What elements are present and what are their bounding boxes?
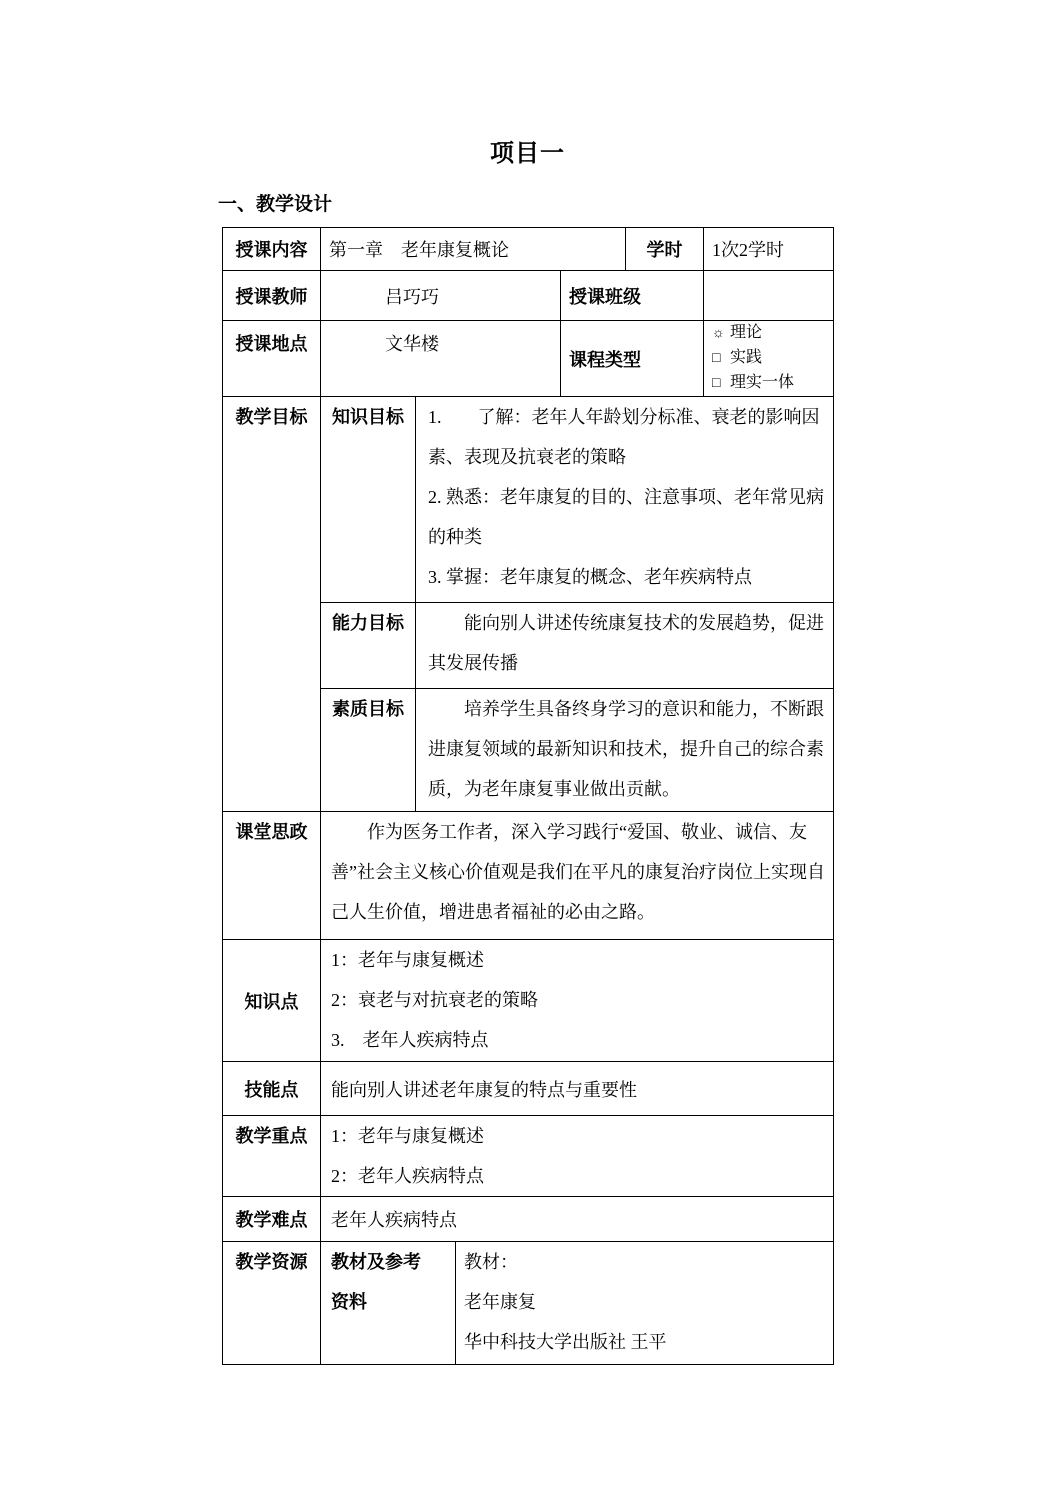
textbook-line: 老年康复	[464, 1282, 827, 1322]
option-label: 理论	[730, 324, 762, 341]
knowledge-objective-content: 1. 了解：老年人年龄划分标准、衰老的影响因素、表现及抗衰老的策略 2. 熟悉：…	[416, 397, 834, 603]
textbook-line: 教材：	[464, 1242, 827, 1282]
ideology-text: 作为医务工作者，深入学习践行“爱国、敬业、诚信、友善”社会主义核心价值观是我们在…	[331, 812, 827, 932]
quality-objective-text: 培养学生具备终身学习的意识和能力，不断跟进康复领域的最新知识和技术，提升自己的综…	[428, 689, 827, 809]
knowledge-objective-item: 3. 掌握：老年康复的概念、老年疾病特点	[428, 557, 827, 597]
label-teaching-resources: 教学资源	[223, 1242, 321, 1365]
row-teaching-focus: 教学重点 1：老年与康复概述 2：老年人疾病特点	[223, 1116, 834, 1197]
course-type-option-theory[interactable]: ☼理论	[712, 321, 833, 346]
label-quality-objective: 素质目标	[321, 689, 416, 812]
label-knowledge-objective: 知识目标	[321, 397, 416, 603]
document-page: 项目一 一、教学设计 授课内容 第一章 老年康复概论 学时 1次2学时 授课教师…	[0, 0, 1059, 1497]
label-hours: 学时	[626, 228, 704, 271]
location-value: 文华楼	[321, 321, 561, 397]
row-location: 授课地点 文华楼 课程类型 ☼理论 □实践 □理实一体	[223, 321, 834, 397]
label-teacher: 授课教师	[223, 271, 321, 321]
label-ability-objective: 能力目标	[321, 603, 416, 689]
course-type-options: ☼理论 □实践 □理实一体	[704, 321, 834, 397]
row-knowledge-objectives: 教学目标 知识目标 1. 了解：老年人年龄划分标准、衰老的影响因素、表现及抗衰老…	[223, 397, 834, 603]
label-course-type: 课程类型	[561, 321, 704, 397]
row-teaching-resources: 教学资源 教材及参考资料 教材： 老年康复 华中科技大学出版社 王平	[223, 1242, 834, 1365]
teaching-focus-item: 2：老年人疾病特点	[331, 1156, 827, 1196]
label-textbook-references: 教材及参考资料	[321, 1242, 456, 1365]
course-type-option-practice[interactable]: □实践	[712, 346, 833, 371]
skill-points-content: 能向别人讲述老年康复的特点与重要性	[321, 1062, 834, 1116]
ability-objective-content: 能向别人讲述传统康复技术的发展趋势，促进其发展传播	[416, 603, 834, 689]
row-teacher: 授课教师 吕巧巧 授课班级	[223, 271, 834, 321]
teaching-focus-item: 1：老年与康复概述	[331, 1116, 827, 1156]
ability-objective-text: 能向别人讲述传统康复技术的发展趋势，促进其发展传播	[428, 603, 827, 683]
teaching-design-table: 授课内容 第一章 老年康复概论 学时 1次2学时 授课教师 吕巧巧 授课班级 授…	[222, 227, 834, 1365]
section-heading: 一、教学设计	[218, 194, 1059, 216]
label-course-content: 授课内容	[223, 228, 321, 271]
hours-value: 1次2学时	[704, 228, 834, 271]
textbook-line: 华中科技大学出版社 王平	[464, 1322, 827, 1362]
teaching-difficulty-content: 老年人疾病特点	[321, 1197, 834, 1242]
row-teaching-difficulty: 教学难点 老年人疾病特点	[223, 1197, 834, 1242]
teaching-focus-content: 1：老年与康复概述 2：老年人疾病特点	[321, 1116, 834, 1197]
label-teaching-focus: 教学重点	[223, 1116, 321, 1197]
quality-objective-content: 培养学生具备终身学习的意识和能力，不断跟进康复领域的最新知识和技术，提升自己的综…	[416, 689, 834, 812]
page-title: 项目一	[222, 141, 833, 167]
row-course-content: 授课内容 第一章 老年康复概论 学时 1次2学时	[223, 228, 834, 271]
class-value	[704, 271, 834, 321]
label-ideology: 课堂思政	[223, 812, 321, 940]
course-content-value: 第一章 老年康复概论	[321, 228, 626, 271]
label-teaching-objectives: 教学目标	[223, 397, 321, 812]
checkbox-empty-icon: □	[712, 347, 730, 371]
knowledge-point-item: 3. 老年人疾病特点	[331, 1020, 827, 1060]
teacher-value: 吕巧巧	[321, 271, 561, 321]
label-class: 授课班级	[561, 271, 704, 321]
knowledge-point-item: 2：衰老与对抗衰老的策略	[331, 980, 827, 1020]
knowledge-point-item: 1：老年与康复概述	[331, 940, 827, 980]
ideology-content: 作为医务工作者，深入学习践行“爱国、敬业、诚信、友善”社会主义核心价值观是我们在…	[321, 812, 834, 940]
label-knowledge-points: 知识点	[223, 940, 321, 1062]
knowledge-points-content: 1：老年与康复概述 2：衰老与对抗衰老的策略 3. 老年人疾病特点	[321, 940, 834, 1062]
option-label: 实践	[730, 349, 762, 366]
radio-selected-icon: ☼	[712, 322, 730, 346]
row-knowledge-points: 知识点 1：老年与康复概述 2：衰老与对抗衰老的策略 3. 老年人疾病特点	[223, 940, 834, 1062]
option-label: 理实一体	[730, 374, 794, 391]
label-skill-points: 技能点	[223, 1062, 321, 1116]
row-ideology: 课堂思政 作为医务工作者，深入学习践行“爱国、敬业、诚信、友善”社会主义核心价值…	[223, 812, 834, 940]
checkbox-empty-icon: □	[712, 372, 730, 396]
textbook-content: 教材： 老年康复 华中科技大学出版社 王平	[456, 1242, 834, 1365]
label-teaching-difficulty: 教学难点	[223, 1197, 321, 1242]
label-location: 授课地点	[223, 321, 321, 397]
knowledge-objective-item: 1. 了解：老年人年龄划分标准、衰老的影响因素、表现及抗衰老的策略	[428, 397, 827, 477]
course-type-option-integrated[interactable]: □理实一体	[712, 371, 833, 396]
knowledge-objective-item: 2. 熟悉：老年康复的目的、注意事项、老年常见病的种类	[428, 477, 827, 557]
row-skill-points: 技能点 能向别人讲述老年康复的特点与重要性	[223, 1062, 834, 1116]
